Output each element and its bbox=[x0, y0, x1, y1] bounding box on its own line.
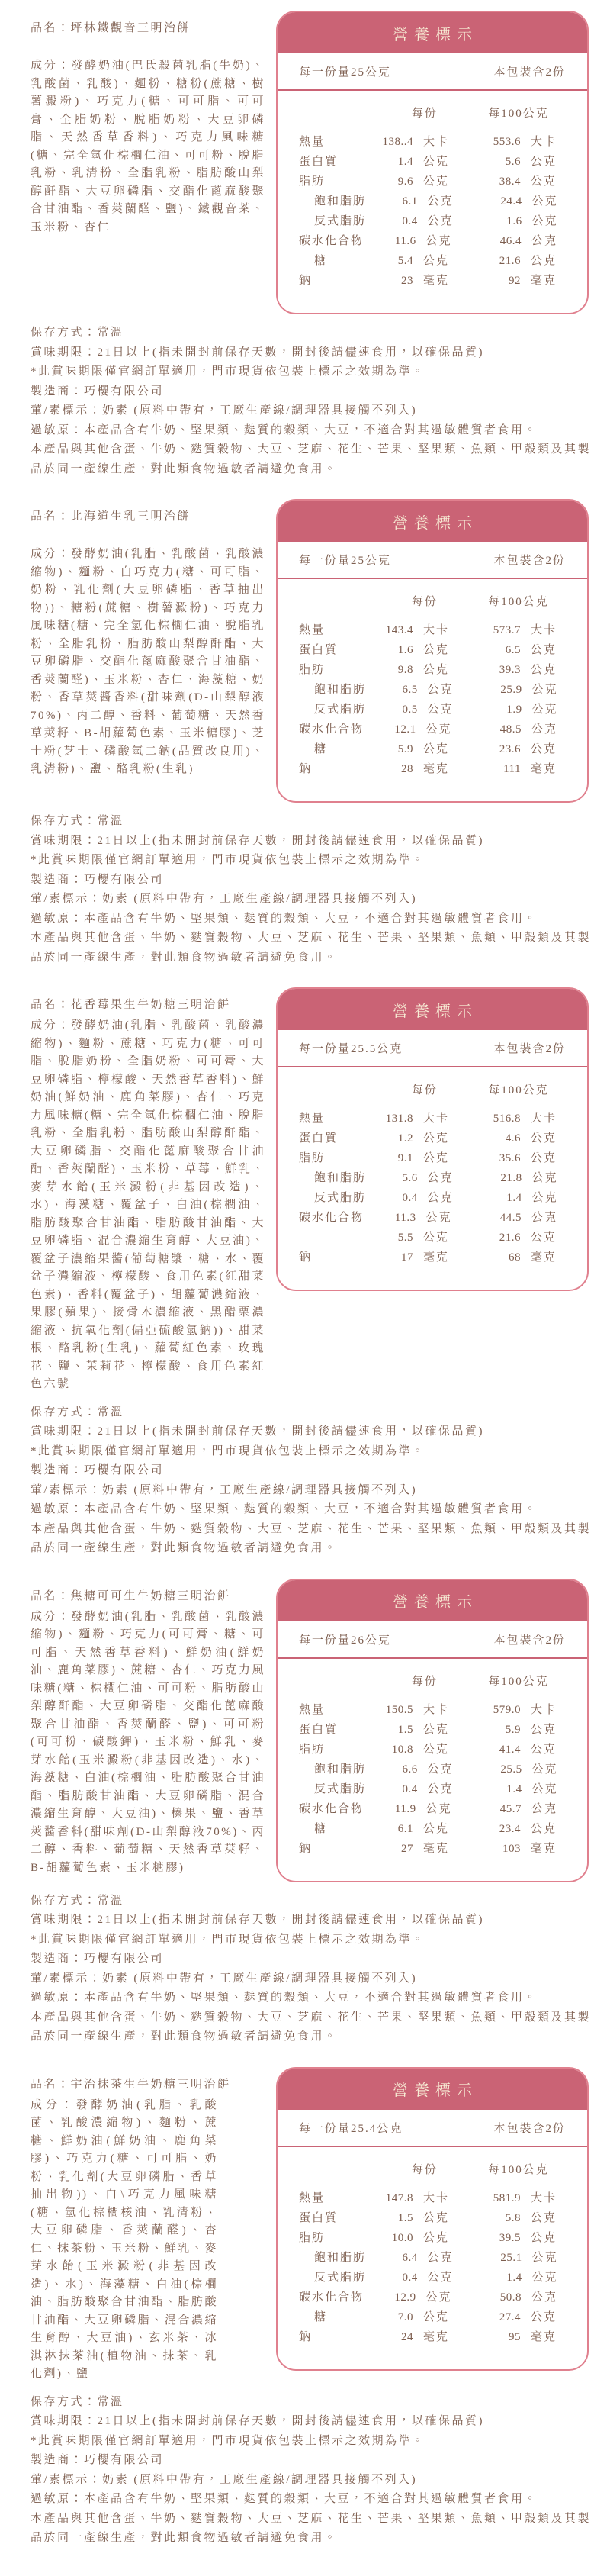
row-value-per-100g: 27.4 bbox=[460, 2311, 521, 2324]
row-value-per-serving: 0.4 bbox=[366, 215, 418, 228]
row-unit: 公克 bbox=[416, 2288, 462, 2304]
row-label: 脂肪 bbox=[299, 172, 360, 188]
product-section: 品名：宇治抹茶生牛奶糖三明治餅 成分：發酵奶油(乳脂、乳酸菌、乳酸濃縮物)、麵粉… bbox=[30, 2067, 610, 2549]
column-header-per-serving: 每份 bbox=[380, 1081, 470, 1097]
row-unit: 公克 bbox=[522, 1169, 567, 1185]
row-unit: 公克 bbox=[521, 641, 567, 657]
row-label: 鈉 bbox=[299, 2328, 360, 2344]
serving-info-row: 每一份量25.5公克 本包裝含2份 bbox=[278, 1030, 587, 1067]
row-value-per-serving: 7.0 bbox=[360, 2311, 413, 2324]
section-grid: 品名：坪林鐵觀音三明治餅 成分：發酵奶油(巴氏殺菌乳脂(牛奶)、乳酸菌、乳酸)、… bbox=[30, 11, 610, 314]
row-label: 糖 bbox=[299, 252, 360, 268]
nutrition-row-trans-fat: 反式脂肪 0.4 公克 1.4 公克 bbox=[299, 1189, 567, 1209]
row-unit: 公克 bbox=[522, 2288, 567, 2304]
row-unit: 毫克 bbox=[413, 1248, 460, 1264]
nutrition-row-sugar: 糖 5.9 公克 23.6 公克 bbox=[299, 740, 567, 760]
row-value-per-serving: 6.1 bbox=[366, 195, 418, 208]
row-value-per-serving: 23 bbox=[360, 275, 413, 288]
row-label: 熱量 bbox=[299, 621, 360, 637]
product-info-column: 品名：花香莓果生牛奶糖三明治餅 成分：發酵奶油(乳脂、乳酸菌、乳酸濃縮物)、麵粉… bbox=[30, 987, 276, 1394]
row-unit: 公克 bbox=[522, 1800, 567, 1816]
row-unit: 公克 bbox=[522, 681, 567, 697]
row-value-per-serving: 10.8 bbox=[360, 1744, 413, 1757]
row-value-per-serving: 143.4 bbox=[360, 624, 413, 637]
row-unit: 公克 bbox=[521, 1228, 567, 1245]
manufacturer-line: 製造商：巧櫻有限公司 bbox=[30, 871, 604, 890]
column-header-per-100g: 每100公克 bbox=[470, 105, 567, 121]
row-unit: 毫克 bbox=[521, 760, 567, 776]
shelf-life-note-line: *此賞味期限僅官網訂單適用，門市現貨依包裝上標示之效期為準。 bbox=[30, 1930, 604, 1950]
nutrition-row-saturated-fat: 飽和脂肪 6.5 公克 25.9 公克 bbox=[299, 681, 567, 700]
row-value-per-100g: 5.8 bbox=[460, 2212, 521, 2225]
row-value-per-100g: 579.0 bbox=[460, 1704, 521, 1717]
row-label: 反式脂肪 bbox=[299, 1189, 366, 1205]
product-info-column: 品名：坪林鐵觀音三明治餅 成分：發酵奶油(巴氏殺菌乳脂(牛奶)、乳酸菌、乳酸)、… bbox=[30, 11, 276, 314]
row-unit: 公克 bbox=[413, 153, 460, 169]
nutrition-facts-title: 營養標示 bbox=[278, 12, 587, 53]
row-unit: 公克 bbox=[416, 232, 462, 248]
serving-size: 每一份量25.5公克 bbox=[299, 1040, 403, 1056]
column-header-per-serving: 每份 bbox=[380, 1673, 470, 1689]
shelf-life-note-line: *此賞味期限僅官網訂單適用，門市現貨依包裝上標示之效期為準。 bbox=[30, 362, 604, 382]
column-header-row: 每份 每100公克 bbox=[299, 105, 567, 121]
row-unit: 公克 bbox=[522, 1760, 567, 1776]
nutrition-table: 每份 每100公克 熱量 131.8 大卡 516.8 大卡 bbox=[278, 1067, 587, 1268]
row-unit: 公克 bbox=[413, 252, 460, 268]
allergen-line: 過敏原：本產品含有牛奶、堅果類、麩質的穀類、大豆，不適合對其過敏體質者食用。 bbox=[30, 1988, 604, 2008]
product-name: 品名：花香莓果生牛奶糖三明治餅 bbox=[30, 997, 265, 1014]
row-unit: 毫克 bbox=[521, 1248, 567, 1264]
shelf-life-note-line: *此賞味期限僅官網訂單適用，門市現貨依包裝上標示之效期為準。 bbox=[30, 2432, 604, 2452]
vegetarian-label-line: 葷/素標示：奶素 (原料中帶有，工廠生產線/調理器具接觸不列入) bbox=[30, 401, 604, 421]
row-unit: 公克 bbox=[418, 1760, 463, 1776]
row-unit: 公克 bbox=[413, 661, 460, 677]
allergen-production-line: 本產品與其他含蛋、牛奶、麩質穀物、大豆、芝麻、花生、芒果、堅果類、魚類、甲殼類及… bbox=[30, 929, 604, 968]
row-value-per-serving: 0.4 bbox=[366, 1192, 418, 1205]
product-name: 品名：坪林鐵觀音三明治餅 bbox=[30, 20, 265, 37]
row-value-per-serving: 1.5 bbox=[360, 1724, 413, 1737]
row-label: 飽和脂肪 bbox=[299, 1169, 366, 1185]
row-value-per-serving: 17 bbox=[360, 1251, 413, 1264]
section-grid: 品名：花香莓果生牛奶糖三明治餅 成分：發酵奶油(乳脂、乳酸菌、乳酸濃縮物)、麵粉… bbox=[30, 987, 610, 1394]
shelf-life-line: 賞味期限：21日以上(指未開封前保存天數，開封後請儘速食用，以確保品質) bbox=[30, 343, 604, 363]
nutrition-row-sodium: 鈉 24 毫克 95 毫克 bbox=[299, 2328, 567, 2348]
row-unit: 公克 bbox=[522, 1189, 567, 1205]
row-value-per-100g: 111 bbox=[460, 763, 521, 776]
nutrition-row-calories: 熱量 131.8 大卡 516.8 大卡 bbox=[299, 1109, 567, 1129]
row-label: 鈉 bbox=[299, 1840, 360, 1856]
nutrition-row-calories: 熱量 147.8 大卡 581.9 大卡 bbox=[299, 2189, 567, 2209]
row-value-per-100g: 1.9 bbox=[463, 704, 522, 716]
section-grid: 品名：焦糖可可生牛奶糖三明治餅 成分：發酵奶油(乳脂、乳酸菌、乳酸濃縮物)、麵粉… bbox=[30, 1579, 610, 1882]
row-unit: 公克 bbox=[413, 1228, 460, 1245]
nutrition-rows: 熱量 131.8 大卡 516.8 大卡 蛋白質 1.2 公克 4.6 bbox=[299, 1109, 567, 1268]
column-header-row: 每份 每100公克 bbox=[299, 593, 567, 609]
row-unit: 公克 bbox=[522, 2249, 567, 2265]
row-value-per-serving: 0.4 bbox=[366, 1783, 418, 1796]
row-value-per-100g: 39.5 bbox=[460, 2232, 521, 2245]
row-label: 熱量 bbox=[299, 1701, 360, 1717]
row-unit: 公克 bbox=[413, 2308, 460, 2324]
row-unit: 公克 bbox=[418, 1780, 463, 1796]
shelf-life-line: 賞味期限：21日以上(指未開封前保存天數，開封後請儘速食用，以確保品質) bbox=[30, 1911, 604, 1930]
serving-info-row: 每一份量25公克 本包裝含2份 bbox=[278, 53, 587, 91]
row-label: 熱量 bbox=[299, 2189, 360, 2205]
row-label: 飽和脂肪 bbox=[299, 2249, 366, 2265]
row-unit: 公克 bbox=[413, 1740, 460, 1757]
row-unit: 公克 bbox=[416, 1209, 462, 1225]
row-value-per-serving: 10.0 bbox=[360, 2232, 413, 2245]
row-unit: 公克 bbox=[418, 700, 463, 716]
row-value-per-100g: 35.6 bbox=[460, 1152, 521, 1165]
nutrition-row-sodium: 鈉 23 毫克 92 毫克 bbox=[299, 272, 567, 291]
nutrition-facts-title: 營養標示 bbox=[278, 1580, 587, 1621]
column-header-per-100g: 每100公克 bbox=[470, 1081, 567, 1097]
column-header-row: 每份 每100公克 bbox=[299, 1081, 567, 1097]
row-unit: 公克 bbox=[416, 1800, 462, 1816]
row-unit: 公克 bbox=[418, 2268, 463, 2285]
row-value-per-serving: 147.8 bbox=[360, 2192, 413, 2205]
nutrition-row-sugar: 糖 6.1 公克 23.4 公克 bbox=[299, 1820, 567, 1840]
column-header-per-100g: 每100公克 bbox=[470, 2161, 567, 2177]
servings-per-package: 本包裝含2份 bbox=[493, 1631, 566, 1647]
row-unit: 公克 bbox=[413, 1129, 460, 1145]
column-header-per-serving: 每份 bbox=[380, 593, 470, 609]
product-section: 品名：坪林鐵觀音三明治餅 成分：發酵奶油(巴氏殺菌乳脂(牛奶)、乳酸菌、乳酸)、… bbox=[30, 11, 610, 479]
column-header-spacer bbox=[299, 1673, 380, 1689]
vegetarian-label-line: 葷/素標示：奶素 (原料中帶有，工廠生產線/調理器具接觸不列入) bbox=[30, 890, 604, 910]
nutrition-facts-panel: 營養標示 每一份量25公克 本包裝含2份 每份 每100公克 bbox=[276, 11, 589, 314]
row-unit: 公克 bbox=[418, 1189, 463, 1205]
row-value-per-serving: 1.4 bbox=[360, 156, 413, 169]
row-label: 鈉 bbox=[299, 1248, 360, 1264]
row-unit: 公克 bbox=[413, 1721, 460, 1737]
row-unit: 公克 bbox=[418, 681, 463, 697]
row-label: 糖 bbox=[299, 2308, 360, 2324]
nutrition-row-protein: 蛋白質 1.2 公克 4.6 公克 bbox=[299, 1129, 567, 1149]
row-unit: 公克 bbox=[418, 192, 463, 208]
nutrition-row-fat: 脂肪 9.1 公克 35.6 公克 bbox=[299, 1149, 567, 1169]
manufacturer-line: 製造商：巧櫻有限公司 bbox=[30, 382, 604, 402]
row-value-per-100g: 6.5 bbox=[460, 644, 521, 657]
nutrition-row-carbohydrate: 碳水化合物 11.6 公克 46.4 公克 bbox=[299, 232, 567, 252]
row-unit: 毫克 bbox=[413, 272, 460, 288]
allergen-production-line: 本產品與其他含蛋、牛奶、麩質穀物、大豆、芝麻、花生、芒果、堅果類、魚類、甲殼類及… bbox=[30, 2510, 604, 2549]
row-value-per-100g: 4.6 bbox=[460, 1132, 521, 1145]
nutrition-rows: 熱量 138..4 大卡 553.6 大卡 蛋白質 1.4 公克 5.6 bbox=[299, 133, 567, 291]
nutrition-table: 每份 每100公克 熱量 138..4 大卡 553.6 大卡 bbox=[278, 91, 587, 291]
nutrition-row-carbohydrate: 碳水化合物 12.9 公克 50.8 公克 bbox=[299, 2288, 567, 2308]
product-name: 品名：北海道生乳三明治餅 bbox=[30, 508, 265, 526]
shelf-life-line: 賞味期限：21日以上(指未開封前保存天數，開封後請儘速食用，以確保品質) bbox=[30, 2412, 604, 2432]
row-value-per-100g: 5.6 bbox=[460, 156, 521, 169]
row-label: 蛋白質 bbox=[299, 153, 360, 169]
nutrition-facts-title: 營養標示 bbox=[278, 989, 587, 1030]
row-value-per-serving: 9.1 bbox=[360, 1152, 413, 1165]
row-unit: 公克 bbox=[413, 641, 460, 657]
row-unit: 公克 bbox=[413, 2209, 460, 2225]
row-value-per-100g: 573.7 bbox=[460, 624, 521, 637]
row-unit: 大卡 bbox=[521, 133, 567, 149]
nutrition-row-saturated-fat: 飽和脂肪 6.4 公克 25.1 公克 bbox=[299, 2249, 567, 2268]
row-value-per-serving: 11.3 bbox=[364, 1212, 416, 1225]
shelf-life-line: 賞味期限：21日以上(指未開封前保存天數，開封後請儘速食用，以確保品質) bbox=[30, 832, 604, 852]
nutrition-row-sodium: 鈉 17 毫克 68 毫克 bbox=[299, 1248, 567, 1268]
row-unit: 公克 bbox=[522, 1209, 567, 1225]
row-label: 鈉 bbox=[299, 272, 360, 288]
row-unit: 公克 bbox=[521, 1820, 567, 1836]
row-value-per-100g: 24.4 bbox=[463, 195, 522, 208]
row-label: 糖 bbox=[299, 1820, 360, 1836]
row-label: 反式脂肪 bbox=[299, 2268, 366, 2285]
product-section: 品名：花香莓果生牛奶糖三明治餅 成分：發酵奶油(乳脂、乳酸菌、乳酸濃縮物)、麵粉… bbox=[30, 987, 610, 1559]
servings-per-package: 本包裝含2份 bbox=[493, 63, 566, 79]
row-value-per-100g: 1.4 bbox=[463, 1192, 522, 1205]
row-label: 脂肪 bbox=[299, 1149, 360, 1165]
allergen-production-line: 本產品與其他含蛋、牛奶、麩質穀物、大豆、芝麻、花生、芒果、堅果類、魚類、甲殼類及… bbox=[30, 2008, 604, 2047]
row-unit: 公克 bbox=[413, 172, 460, 188]
row-value-per-100g: 25.5 bbox=[463, 1763, 522, 1776]
row-value-per-100g: 95 bbox=[460, 2331, 521, 2344]
row-unit: 大卡 bbox=[413, 1701, 460, 1717]
row-value-per-serving: 11.6 bbox=[364, 235, 416, 248]
nutrition-row-protein: 蛋白質 1.6 公克 6.5 公克 bbox=[299, 641, 567, 661]
row-value-per-serving: 1.2 bbox=[360, 1132, 413, 1145]
serving-size: 每一份量26公克 bbox=[299, 1631, 391, 1647]
row-unit: 毫克 bbox=[413, 2328, 460, 2344]
row-label: 飽和脂肪 bbox=[299, 1760, 366, 1776]
row-unit: 公克 bbox=[521, 1721, 567, 1737]
shelf-life-line: 賞味期限：21日以上(指未開封前保存天數，開封後請儘速食用，以確保品質) bbox=[30, 1422, 604, 1442]
column-header-per-serving: 每份 bbox=[380, 2161, 470, 2177]
row-label: 碳水化合物 bbox=[299, 1209, 364, 1225]
row-unit: 大卡 bbox=[521, 621, 567, 637]
nutrition-rows: 熱量 150.5 大卡 579.0 大卡 蛋白質 1.5 公克 5.9 bbox=[299, 1701, 567, 1860]
column-header-spacer bbox=[299, 593, 380, 609]
servings-per-package: 本包裝含2份 bbox=[493, 1040, 566, 1056]
storage-and-allergen-info: 保存方式：常溫 賞味期限：21日以上(指未開封前保存天數，開封後請儘速食用，以確… bbox=[30, 812, 604, 968]
serving-info-row: 每一份量25.4公克 本包裝含2份 bbox=[278, 2110, 587, 2147]
row-label: 蛋白質 bbox=[299, 1721, 360, 1737]
row-unit: 公克 bbox=[521, 661, 567, 677]
row-label: 糖 bbox=[299, 740, 360, 756]
manufacturer-line: 製造商：巧櫻有限公司 bbox=[30, 1461, 604, 1481]
row-value-per-serving: 131.8 bbox=[360, 1113, 413, 1125]
row-unit: 公克 bbox=[521, 740, 567, 756]
nutrition-row-trans-fat: 反式脂肪 0.4 公克 1.6 公克 bbox=[299, 212, 567, 232]
row-label: 飽和脂肪 bbox=[299, 192, 366, 208]
row-unit: 公克 bbox=[413, 1820, 460, 1836]
serving-info-row: 每一份量26公克 本包裝含2份 bbox=[278, 1621, 587, 1659]
row-unit: 大卡 bbox=[413, 621, 460, 637]
shelf-life-note-line: *此賞味期限僅官網訂單適用，門市現貨依包裝上標示之效期為準。 bbox=[30, 1442, 604, 1462]
row-unit: 公克 bbox=[521, 2229, 567, 2245]
row-unit: 公克 bbox=[521, 1740, 567, 1757]
nutrition-row-carbohydrate: 碳水化合物 11.3 公克 44.5 公克 bbox=[299, 1209, 567, 1228]
servings-per-package: 本包裝含2份 bbox=[493, 552, 566, 568]
row-value-per-100g: 21.6 bbox=[460, 255, 521, 268]
row-label: 脂肪 bbox=[299, 2229, 360, 2245]
row-value-per-serving: 12.9 bbox=[364, 2291, 416, 2304]
allergen-line: 過敏原：本產品含有牛奶、堅果類、麩質的穀類、大豆，不適合對其過敏體質者食用。 bbox=[30, 1500, 604, 1520]
row-label: 蛋白質 bbox=[299, 641, 360, 657]
row-value-per-serving: 138..4 bbox=[360, 136, 413, 149]
nutrition-row-sugar: 糖 5.4 公克 21.6 公克 bbox=[299, 252, 567, 272]
row-value-per-100g: 516.8 bbox=[460, 1113, 521, 1125]
row-value-per-100g: 25.9 bbox=[463, 684, 522, 697]
row-value-per-serving: 5.5 bbox=[360, 1232, 413, 1245]
row-unit: 公克 bbox=[522, 232, 567, 248]
nutrition-row-sodium: 鈉 27 毫克 103 毫克 bbox=[299, 1840, 567, 1860]
row-value-per-serving: 9.6 bbox=[360, 175, 413, 188]
nutrition-facts-title: 營養標示 bbox=[278, 2069, 587, 2110]
row-value-per-100g: 25.1 bbox=[463, 2252, 522, 2265]
vegetarian-label-line: 葷/素標示：奶素 (原料中帶有，工廠生產線/調理器具接觸不列入) bbox=[30, 1969, 604, 1989]
column-header-spacer bbox=[299, 1081, 380, 1097]
allergen-production-line: 本產品與其他含蛋、牛奶、麩質穀物、大豆、芝麻、花生、芒果、堅果類、魚類、甲殼類及… bbox=[30, 440, 604, 479]
row-unit: 大卡 bbox=[413, 2189, 460, 2205]
row-value-per-serving: 5.4 bbox=[360, 255, 413, 268]
storage-method-line: 保存方式：常溫 bbox=[30, 2393, 604, 2413]
nutrition-row-calories: 熱量 143.4 大卡 573.7 大卡 bbox=[299, 621, 567, 641]
row-unit: 公克 bbox=[521, 1129, 567, 1145]
row-value-per-serving: 1.6 bbox=[360, 644, 413, 657]
nutrition-table: 每份 每100公克 熱量 143.4 大卡 573.7 大卡 bbox=[278, 579, 587, 780]
row-value-per-100g: 68 bbox=[460, 1251, 521, 1264]
row-unit: 公克 bbox=[521, 2308, 567, 2324]
column-header-row: 每份 每100公克 bbox=[299, 2161, 567, 2177]
row-unit: 公克 bbox=[522, 1780, 567, 1796]
nutrition-row-saturated-fat: 飽和脂肪 5.6 公克 21.8 公克 bbox=[299, 1169, 567, 1189]
product-section: 品名：北海道生乳三明治餅 成分：發酵奶油(乳脂、乳酸菌、乳酸濃縮物)、麵粉、白巧… bbox=[30, 499, 610, 968]
row-unit: 公克 bbox=[521, 172, 567, 188]
row-unit: 毫克 bbox=[521, 272, 567, 288]
section-grid: 品名：宇治抹茶生牛奶糖三明治餅 成分：發酵奶油(乳脂、乳酸菌、乳酸濃縮物)、麵粉… bbox=[30, 2067, 610, 2384]
row-label: 飽和脂肪 bbox=[299, 681, 366, 697]
row-unit: 公克 bbox=[413, 740, 460, 756]
row-value-per-serving: 0.4 bbox=[366, 2272, 418, 2285]
ingredients-text: 成分：發酵奶油(乳脂、乳酸菌、乳酸濃縮物)、麵粉、巧克力(可可膏、糖、可可脂、天… bbox=[30, 1608, 265, 1878]
serving-size: 每一份量25.4公克 bbox=[299, 2120, 403, 2136]
row-label: 碳水化合物 bbox=[299, 1800, 364, 1816]
nutrition-facts-panel: 營養標示 每一份量25.5公克 本包裝含2份 每份 每100公克 bbox=[276, 987, 589, 1291]
product-section: 品名：焦糖可可生牛奶糖三明治餅 成分：發酵奶油(乳脂、乳酸菌、乳酸濃縮物)、麵粉… bbox=[30, 1579, 610, 2047]
row-unit: 毫克 bbox=[413, 1840, 460, 1856]
row-value-per-100g: 41.4 bbox=[460, 1744, 521, 1757]
column-header-per-serving: 每份 bbox=[380, 105, 470, 121]
row-unit: 毫克 bbox=[521, 1840, 567, 1856]
nutrition-row-carbohydrate: 碳水化合物 12.1 公克 48.5 公克 bbox=[299, 720, 567, 740]
ingredients-text: 成分：發酵奶油(乳脂、乳酸菌、乳酸濃縮物)、麵粉、蔗糖、鮮奶油(鮮奶油、鹿角菜膠… bbox=[30, 2097, 218, 2384]
row-unit: 公克 bbox=[418, 212, 463, 228]
row-value-per-100g: 44.5 bbox=[462, 1212, 522, 1225]
row-value-per-100g: 48.5 bbox=[462, 723, 522, 736]
nutrition-facts-panel: 營養標示 每一份量26公克 本包裝含2份 每份 每100公克 bbox=[276, 1579, 589, 1882]
row-value-per-100g: 21.6 bbox=[460, 1232, 521, 1245]
row-value-per-100g: 1.4 bbox=[463, 2272, 522, 2285]
storage-and-allergen-info: 保存方式：常溫 賞味期限：21日以上(指未開封前保存天數，開封後請儘速食用，以確… bbox=[30, 324, 604, 479]
row-value-per-100g: 581.9 bbox=[460, 2192, 521, 2205]
storage-method-line: 保存方式：常溫 bbox=[30, 1892, 604, 1911]
nutrition-facts-panel: 營養標示 每一份量25公克 本包裝含2份 每份 每100公克 bbox=[276, 499, 589, 803]
row-unit: 毫克 bbox=[413, 760, 460, 776]
allergen-line: 過敏原：本產品含有牛奶、堅果類、麩質的穀類、大豆，不適合對其過敏體質者食用。 bbox=[30, 421, 604, 441]
column-header-spacer bbox=[299, 105, 380, 121]
servings-per-package: 本包裝含2份 bbox=[493, 2120, 566, 2136]
row-value-per-serving: 6.6 bbox=[366, 1763, 418, 1776]
allergen-line: 過敏原：本產品含有牛奶、堅果類、麩質的穀類、大豆，不適合對其過敏體質者食用。 bbox=[30, 910, 604, 929]
row-unit: 毫克 bbox=[521, 2328, 567, 2344]
nutrition-row-protein: 蛋白質 1.5 公克 5.9 公克 bbox=[299, 1721, 567, 1740]
column-header-per-100g: 每100公克 bbox=[470, 593, 567, 609]
row-unit: 公克 bbox=[521, 153, 567, 169]
nutrition-row-protein: 蛋白質 1.4 公克 5.6 公克 bbox=[299, 153, 567, 172]
ingredients-text: 成分：發酵奶油(乳脂、乳酸菌、乳酸濃縮物)、麵粉、白巧克力(糖、可可脂、奶粉、乳… bbox=[30, 546, 265, 779]
manufacturer-line: 製造商：巧櫻有限公司 bbox=[30, 2451, 604, 2471]
row-value-per-100g: 1.6 bbox=[463, 215, 522, 228]
row-unit: 公克 bbox=[522, 2268, 567, 2285]
ingredients-text: 成分：發酵奶油(乳脂、乳酸菌、乳酸濃縮物)、麵粉、蔗糖、巧克力(糖、可可脂、脫脂… bbox=[30, 1017, 265, 1394]
row-value-per-serving: 28 bbox=[360, 763, 413, 776]
column-header-per-100g: 每100公克 bbox=[470, 1673, 567, 1689]
row-value-per-serving: 6.1 bbox=[360, 1823, 413, 1836]
nutrition-row-trans-fat: 反式脂肪 0.4 公克 1.4 公克 bbox=[299, 2268, 567, 2288]
storage-method-line: 保存方式：常溫 bbox=[30, 324, 604, 343]
row-value-per-100g: 23.6 bbox=[460, 743, 521, 756]
nutrition-table: 每份 每100公克 熱量 150.5 大卡 579.0 大卡 bbox=[278, 1659, 587, 1860]
row-value-per-100g: 45.7 bbox=[462, 1803, 522, 1816]
row-label: 反式脂肪 bbox=[299, 1780, 366, 1796]
row-unit: 公克 bbox=[418, 1169, 463, 1185]
product-sections: 品名：坪林鐵觀音三明治餅 成分：發酵奶油(巴氏殺菌乳脂(牛奶)、乳酸菌、乳酸)、… bbox=[0, 0, 610, 2576]
row-value-per-serving: 11.9 bbox=[364, 1803, 416, 1816]
row-value-per-serving: 1.5 bbox=[360, 2212, 413, 2225]
shelf-life-note-line: *此賞味期限僅官網訂單適用，門市現貨依包裝上標示之效期為準。 bbox=[30, 851, 604, 871]
nutrition-row-fat: 脂肪 10.8 公克 41.4 公克 bbox=[299, 1740, 567, 1760]
row-label: 蛋白質 bbox=[299, 1129, 360, 1145]
nutrition-row-fat: 脂肪 9.6 公克 38.4 公克 bbox=[299, 172, 567, 192]
product-info-column: 品名：北海道生乳三明治餅 成分：發酵奶油(乳脂、乳酸菌、乳酸濃縮物)、麵粉、白巧… bbox=[30, 499, 276, 803]
row-label: 反式脂肪 bbox=[299, 212, 366, 228]
row-unit: 大卡 bbox=[413, 1109, 460, 1125]
row-value-per-serving: 5.9 bbox=[360, 743, 413, 756]
section-grid: 品名：北海道生乳三明治餅 成分：發酵奶油(乳脂、乳酸菌、乳酸濃縮物)、麵粉、白巧… bbox=[30, 499, 610, 803]
row-unit: 大卡 bbox=[521, 2189, 567, 2205]
row-value-per-100g: 92 bbox=[460, 275, 521, 288]
row-value-per-serving: 6.5 bbox=[366, 684, 418, 697]
row-value-per-100g: 5.9 bbox=[460, 1724, 521, 1737]
row-unit: 大卡 bbox=[413, 133, 460, 149]
nutrition-row-saturated-fat: 飽和脂肪 6.1 公克 24.4 公克 bbox=[299, 192, 567, 212]
row-unit: 公克 bbox=[521, 252, 567, 268]
row-unit: 公克 bbox=[521, 1149, 567, 1165]
nutrition-rows: 熱量 147.8 大卡 581.9 大卡 蛋白質 1.5 公克 5.8 bbox=[299, 2189, 567, 2348]
row-value-per-serving: 5.6 bbox=[366, 1172, 418, 1185]
nutrition-row-sugar: 糖 7.0 公克 27.4 公克 bbox=[299, 2308, 567, 2328]
storage-method-line: 保存方式：常溫 bbox=[30, 1403, 604, 1423]
nutrition-row-trans-fat: 反式脂肪 0.4 公克 1.4 公克 bbox=[299, 1780, 567, 1800]
storage-method-line: 保存方式：常溫 bbox=[30, 812, 604, 832]
row-value-per-100g: 23.4 bbox=[460, 1823, 521, 1836]
row-unit: 公克 bbox=[522, 720, 567, 736]
nutrition-row-protein: 蛋白質 1.5 公克 5.8 公克 bbox=[299, 2209, 567, 2229]
nutrition-facts-title: 營養標示 bbox=[278, 501, 587, 542]
row-label: 脂肪 bbox=[299, 661, 360, 677]
row-unit: 公克 bbox=[413, 2229, 460, 2245]
row-value-per-100g: 103 bbox=[460, 1843, 521, 1856]
serving-size: 每一份量25公克 bbox=[299, 63, 391, 79]
nutrition-table: 每份 每100公克 熱量 147.8 大卡 581.9 大卡 bbox=[278, 2147, 587, 2348]
